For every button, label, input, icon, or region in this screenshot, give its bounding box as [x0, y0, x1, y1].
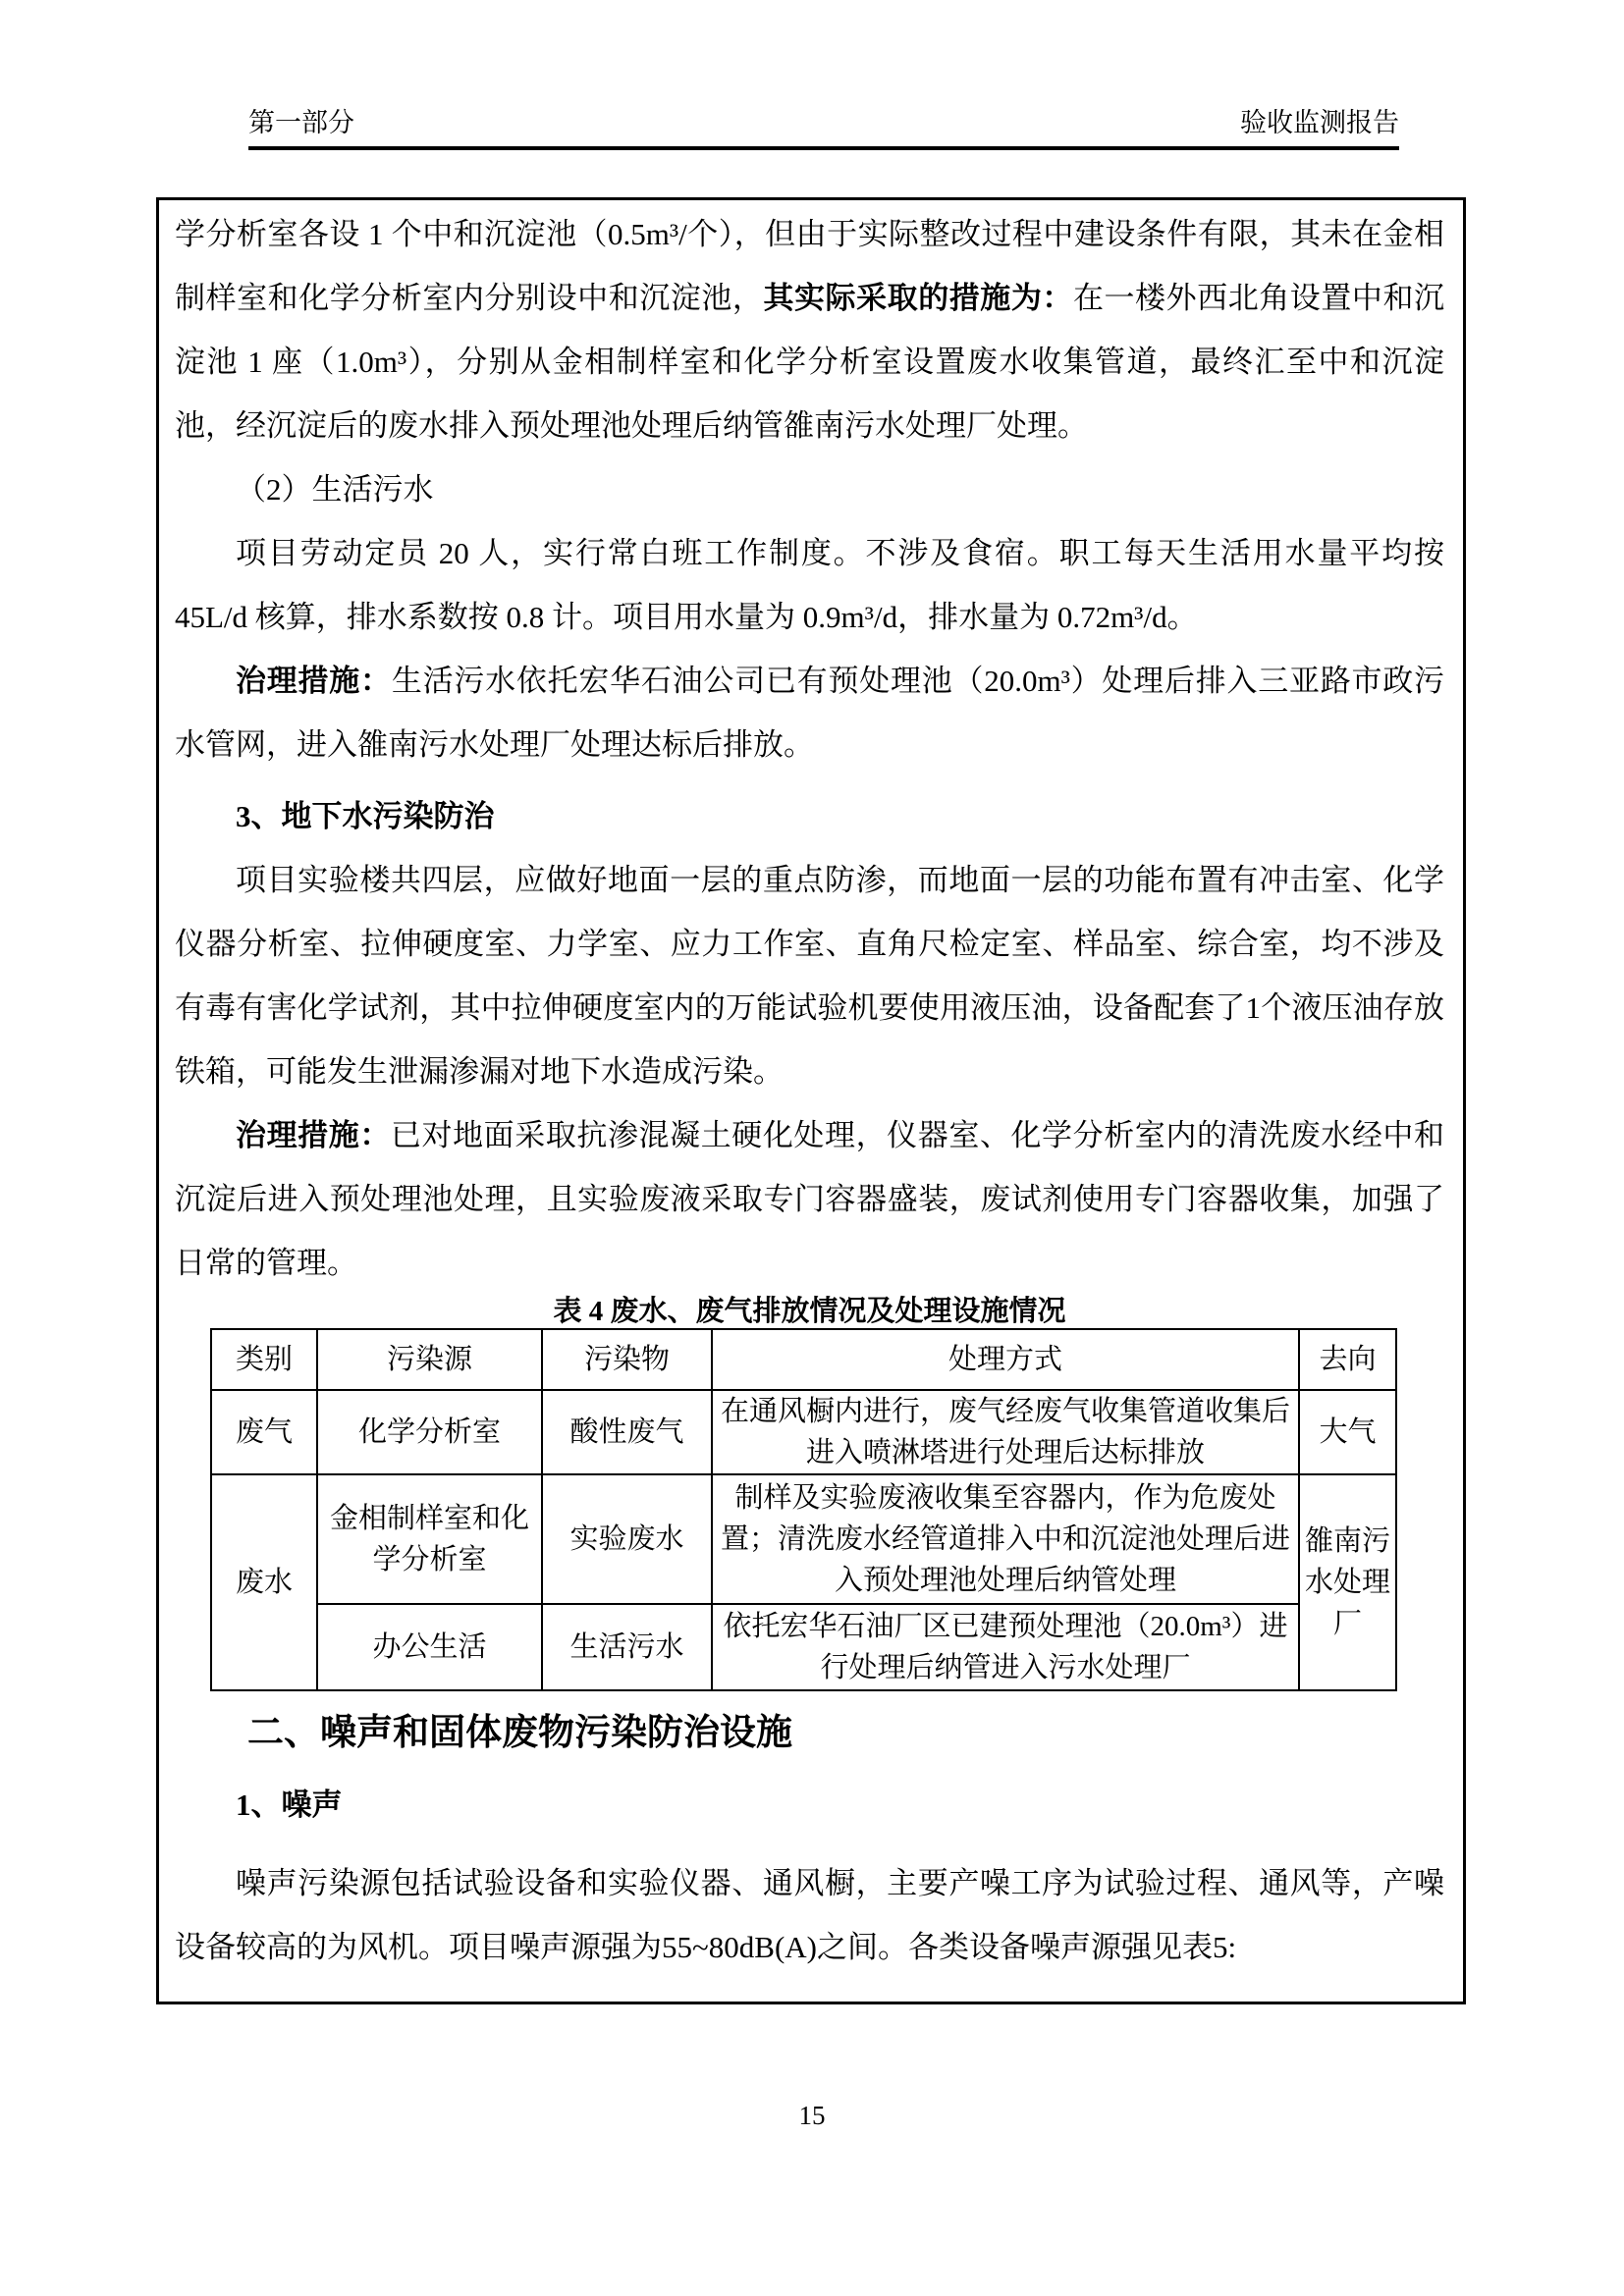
- bold-run-treatment-measures: 治理措施：: [236, 664, 392, 698]
- paragraph-water-usage: 项目劳动定员 20 人，实行常白班工作制度。不涉及食宿。职工每天生活用水量平均按…: [175, 521, 1444, 649]
- cell-pollutant: 生活污水: [542, 1604, 712, 1690]
- cell-pollutant: 实验废水: [542, 1474, 712, 1604]
- cell-destination: 大气: [1299, 1390, 1396, 1474]
- cell-category-wastewater: 废水: [211, 1474, 317, 1690]
- cell-treatment: 制样及实验废液收集至容器内，作为危废处置；清洗废水经管道排入中和沉淀池处理后进入…: [712, 1474, 1299, 1604]
- content-box: 学分析室各设 1 个中和沉淀池（0.5m³/个），但由于实际整改过程中建设条件有…: [156, 197, 1466, 2004]
- table4-header-category: 类别: [211, 1329, 317, 1390]
- table4-header-source: 污染源: [317, 1329, 542, 1390]
- table4-header-destination: 去向: [1299, 1329, 1396, 1390]
- page-header: 第一部分 验收监测报告: [248, 106, 1399, 150]
- table-row: 办公生活 生活污水 依托宏华石油厂区已建预处理池（20.0m³）进行处理后纳管进…: [211, 1604, 1396, 1690]
- table4-caption: 表 4 废水、废气排放情况及处理设施情况: [175, 1295, 1444, 1328]
- page-number: 15: [0, 2101, 1624, 2131]
- paragraph-groundwater-treatment: 治理措施：已对地面采取抗渗混凝土硬化处理，仪器室、化学分析室内的清洗废水经中和沉…: [175, 1103, 1444, 1295]
- table-row: 废气 化学分析室 酸性废气 在通风橱内进行，废气经废气收集管道收集后进入喷淋塔进…: [211, 1390, 1396, 1474]
- heading-noise-solid-waste: 二、噪声和固体废物污染防治设施: [175, 1709, 1444, 1758]
- cell-source: 化学分析室: [317, 1390, 542, 1474]
- cell-category-gas: 废气: [211, 1390, 317, 1474]
- subheading-domestic-sewage: （2）生活污水: [175, 457, 1444, 521]
- paragraph-neutralization-pond: 学分析室各设 1 个中和沉淀池（0.5m³/个），但由于实际整改过程中建设条件有…: [175, 202, 1444, 457]
- cell-destination: 雒南污水处理厂: [1299, 1474, 1396, 1690]
- header-left-label: 第一部分: [248, 106, 354, 139]
- paragraph-sewage-treatment: 治理措施：生活污水依托宏华石油公司已有预处理池（20.0m³）处理后排入三亚路市…: [175, 649, 1444, 776]
- paragraph-noise-sources: 噪声污染源包括试验设备和实验仪器、通风橱，主要产噪工序为试验过程、通风等，产噪设…: [175, 1851, 1444, 1979]
- cell-treatment: 依托宏华石油厂区已建预处理池（20.0m³）进行处理后纳管进入污水处理厂: [712, 1604, 1299, 1690]
- header-right-label: 验收监测报告: [1240, 106, 1399, 139]
- bold-run-treatment-measures: 治理措施：: [236, 1118, 391, 1152]
- table4-header-pollutant: 污染物: [542, 1329, 712, 1390]
- table-row: 废水 金相制样室和化学分析室 实验废水 制样及实验废液收集至容器内，作为危废处置…: [211, 1474, 1396, 1604]
- table4-header-row: 类别 污染源 污染物 处理方式 去向: [211, 1329, 1396, 1390]
- cell-pollutant: 酸性废气: [542, 1390, 712, 1474]
- paragraph-lab-building: 项目实验楼共四层，应做好地面一层的重点防渗，而地面一层的功能布置有冲击室、化学仪…: [175, 848, 1444, 1103]
- cell-treatment: 在通风橱内进行，废气经废气收集管道收集后进入喷淋塔进行处理后达标排放: [712, 1390, 1299, 1474]
- bold-run-actual-measures: 其实际采取的措施为：: [763, 281, 1073, 315]
- heading-groundwater-prevention: 3、地下水污染防治: [175, 784, 1444, 848]
- cell-source: 办公生活: [317, 1604, 542, 1690]
- table4-header-treatment: 处理方式: [712, 1329, 1299, 1390]
- heading-noise: 1、噪声: [175, 1773, 1444, 1837]
- table4-wastewater-gas: 类别 污染源 污染物 处理方式 去向 废气 化学分析室 酸性废气 在通风橱内进行…: [210, 1328, 1397, 1691]
- cell-source: 金相制样室和化学分析室: [317, 1474, 542, 1604]
